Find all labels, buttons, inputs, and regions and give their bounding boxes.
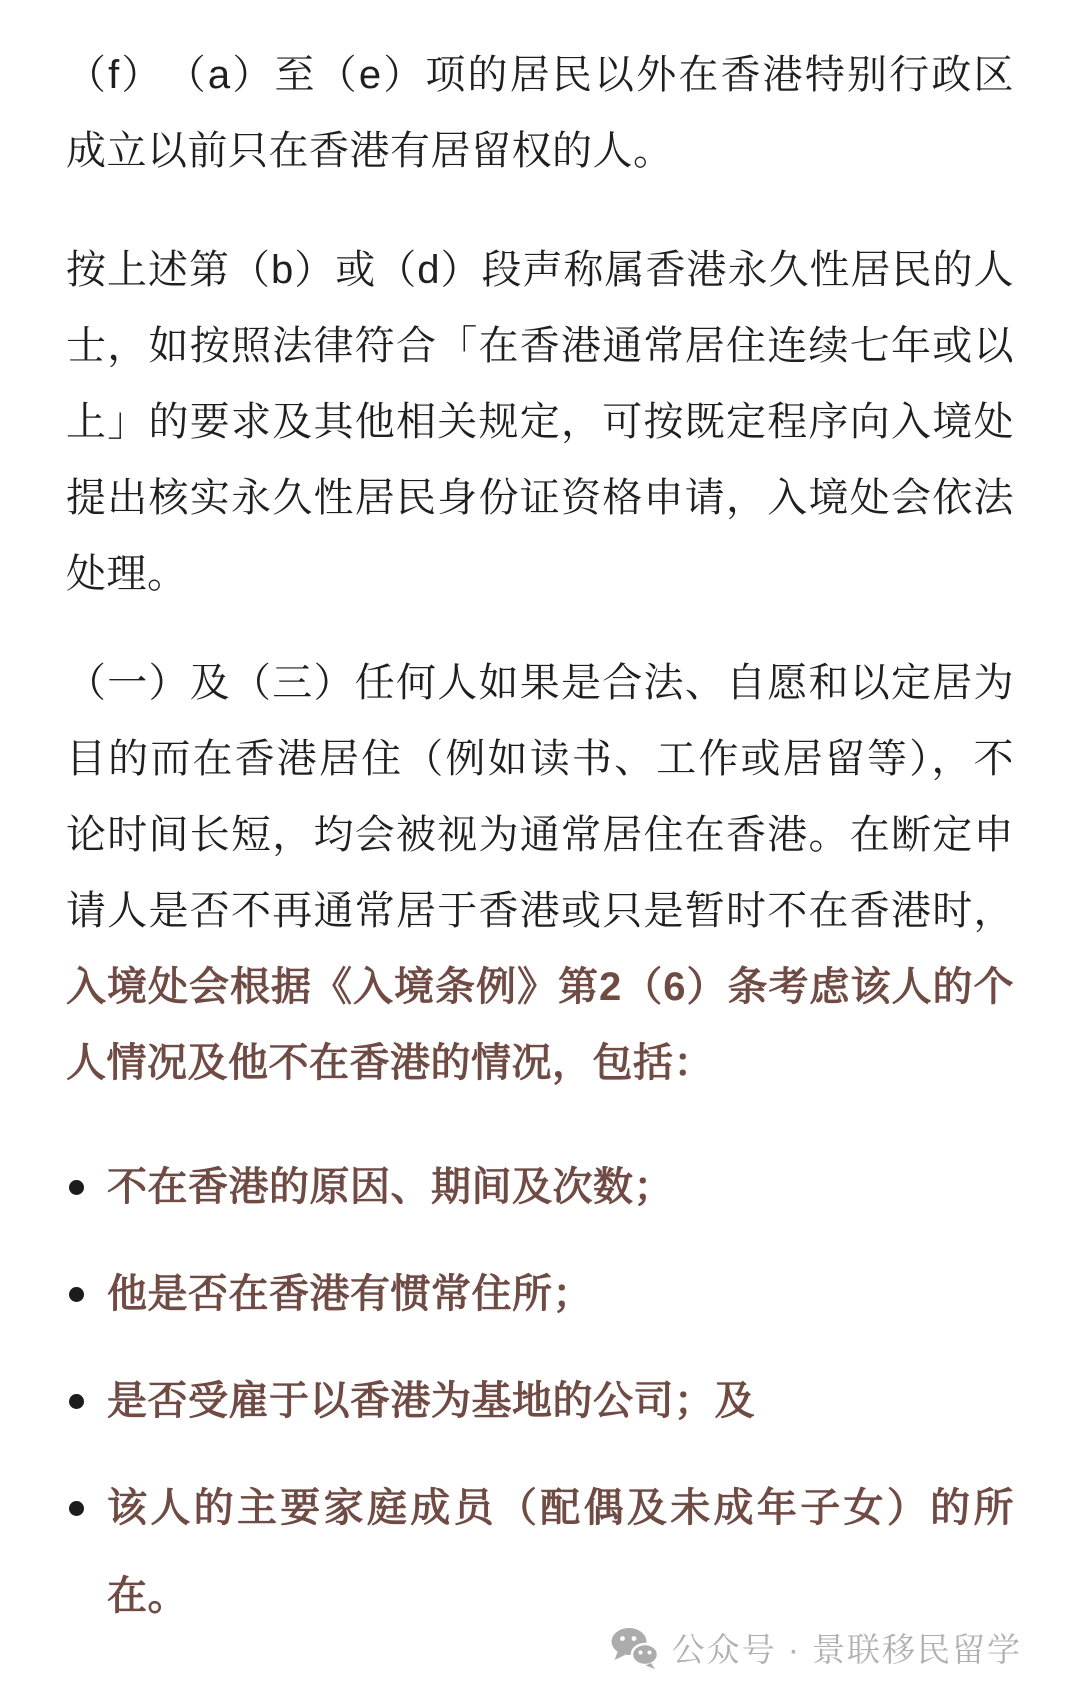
paragraph-highlight-text: 入境处会根据《入境条例》第2（6）条考虑该人的个人情况及他不在香港的情况，包括： xyxy=(66,965,1014,1085)
list-item: 他是否在香港有惯常住所； xyxy=(66,1250,1014,1338)
watermark-label: 公众号 · 景联移民留学 xyxy=(672,1624,1022,1671)
wechat-icon xyxy=(610,1627,660,1669)
consideration-bullet-list: 不在香港的原因、期间及次数； 他是否在香港有惯常住所； 是否受雇于以香港为基地的… xyxy=(66,1143,1014,1640)
watermark: 公众号 · 景联移民留学 xyxy=(610,1624,1022,1671)
paragraph-plain-text: （一）及（三）任何人如果是合法、自愿和以定居为目的而在香港居住（例如读书、工作或… xyxy=(66,661,1014,933)
paragraph-f-clause: （f） （a）至（e）项的居民以外在香港特别行政区成立以前只在香港有居留权的人。 xyxy=(66,37,1014,189)
list-item: 该人的主要家庭成员（配偶及未成年子女）的所在。 xyxy=(66,1464,1014,1640)
paragraph-verification-procedure: 按上述第（b）或（d）段声称属香港永久性居民的人士，如按照法律符合「在香港通常居… xyxy=(66,232,1014,612)
list-item: 不在香港的原因、期间及次数； xyxy=(66,1143,1014,1231)
list-item: 是否受雇于以香港为基地的公司；及 xyxy=(66,1357,1014,1445)
paragraph-ordinary-residence: （一）及（三）任何人如果是合法、自愿和以定居为目的而在香港居住（例如读书、工作或… xyxy=(66,645,1014,1101)
article-page: （f） （a）至（e）项的居民以外在香港特别行政区成立以前只在香港有居留权的人。… xyxy=(0,0,1080,1691)
